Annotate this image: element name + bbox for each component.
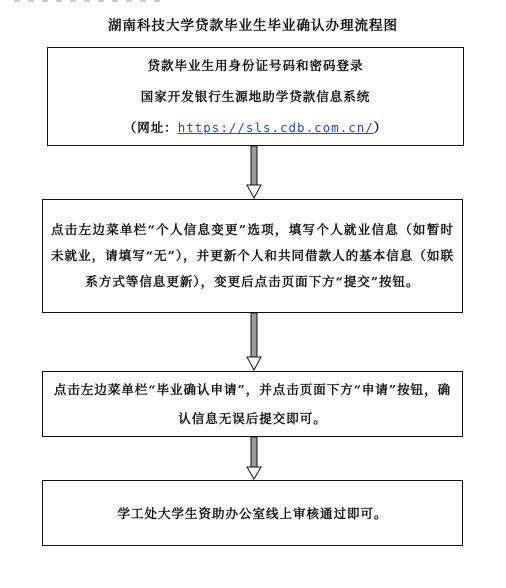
url-prefix: （网址： [124,120,178,135]
system-url-link[interactable]: https://sls.cdb.com.cn/ [178,120,374,135]
step-1-line-1: 贷款毕业生用身份证号码和密码登录 [147,50,363,81]
page-title: 湖南科技大学贷款毕业生毕业确认办理流程图 [0,14,506,34]
step-1-line-2: 国家开发银行生源地助学贷款信息系统 [141,81,371,112]
step-2-text: 点击左边菜单栏“个人信息变更”选项，填写个人就业信息（如暂时未就业，请填写“无”… [51,217,454,295]
cropped-heading-fragment [14,0,164,2]
down-arrow-icon [246,313,262,371]
step-1-url-line: （网址：https://sls.cdb.com.cn/） [124,112,388,143]
step-2-box: 点击左边菜单栏“个人信息变更”选项，填写个人就业信息（如暂时未就业，请填写“无”… [42,199,463,313]
step-4-box: 学工处大学生资助办公室线上审核通过即可。 [42,480,463,546]
step-3-text: 点击左边菜单栏“毕业确认申请”，并点击页面下方“申请”按钮，确认信息无误后提交即… [51,375,454,433]
down-arrow-icon [246,146,262,199]
down-arrow-icon [246,437,262,480]
step-1-box: 贷款毕业生用身份证号码和密码登录 国家开发银行生源地助学贷款信息系统 （网址：h… [47,47,464,146]
step-3-box: 点击左边菜单栏“毕业确认申请”，并点击页面下方“申请”按钮，确认信息无误后提交即… [42,371,463,437]
step-4-text: 学工处大学生资助办公室线上审核通过即可。 [117,504,387,522]
url-suffix: ） [374,120,388,135]
